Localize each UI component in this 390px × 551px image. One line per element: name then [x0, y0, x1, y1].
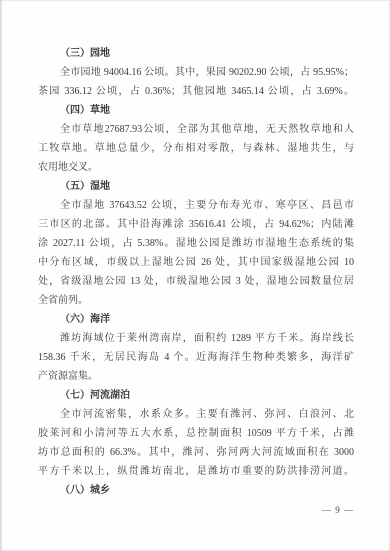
- document-content: （三）园地全市园地 94004.16 公顷。其中，果园 90202.90 公顷，…: [38, 44, 354, 500]
- text-line: 全市草地27687.93公顷，全部为其他草地，无天然牧草地和人: [38, 120, 354, 139]
- section-heading: （七）河流湖泊: [38, 386, 354, 405]
- text-line: 农用地交叉。: [38, 158, 354, 177]
- section-heading: （三）园地: [38, 44, 354, 63]
- section-heading: （六）海洋: [38, 310, 354, 329]
- text-line: 平方千米以上，纵贯潍坊南北，是潍坊市重要的防洪排涝河道。: [38, 462, 354, 481]
- section-heading: （四）草地: [38, 101, 354, 120]
- text-line: 中分布区域，市级以上湿地公园 26 处，其中国家级湿地公园 10: [38, 253, 354, 272]
- text-line: 全省前列。: [38, 291, 354, 310]
- text-line: 全市园地 94004.16 公顷。其中，果园 90202.90 公顷，占 95.…: [38, 63, 354, 82]
- text-line: 涂 2027.11 公顷，占 5.38%。湿地公园是潍坊市湿地生态系统的集: [38, 234, 354, 253]
- text-line: 全市湿地 37643.52 公顷，主要分布寿光市、寒亭区、昌邑市: [38, 196, 354, 215]
- page-number: — 9 —: [322, 501, 354, 520]
- text-line: 三市区的北部。其中沿海滩涂 35616.41 公顷，占 94.62%；内陆滩: [38, 215, 354, 234]
- section-heading: （八）城乡: [38, 481, 354, 500]
- text-line: 坊市总面积的 66.3%。其中，潍河、弥河两大河流域面积在 3000: [38, 443, 354, 462]
- text-line: 茶园 336.12 公顷，占 0.36%；其他园地 3465.14 公顷，占 3…: [38, 82, 354, 101]
- text-line: 胶莱河和小清河等五大水系，总控制面积 10509 平方千米，占潍: [38, 424, 354, 443]
- section-heading: （五）湿地: [38, 177, 354, 196]
- text-line: 潍坊海域位于莱州湾南岸，面积约 1289 平方千米。海岸线长: [38, 329, 354, 348]
- text-line: 处，省级湿地公园 13 处，市级湿地公园 3 处，湿地公园数量位居: [38, 272, 354, 291]
- document-page: （三）园地全市园地 94004.16 公顷。其中，果园 90202.90 公顷，…: [0, 0, 390, 551]
- text-line: 158.36 千米，无居民海岛 4 个。近海海洋生物种类繁多，海洋矿: [38, 348, 354, 367]
- text-line: 工牧草地。草地总量少，分布相对零散，与森林、湿地共生，与: [38, 139, 354, 158]
- text-line: 全市河流密集，水系众多。主要有潍河、弥河、白浪河、北: [38, 405, 354, 424]
- text-line: 产资源富集。: [38, 367, 354, 386]
